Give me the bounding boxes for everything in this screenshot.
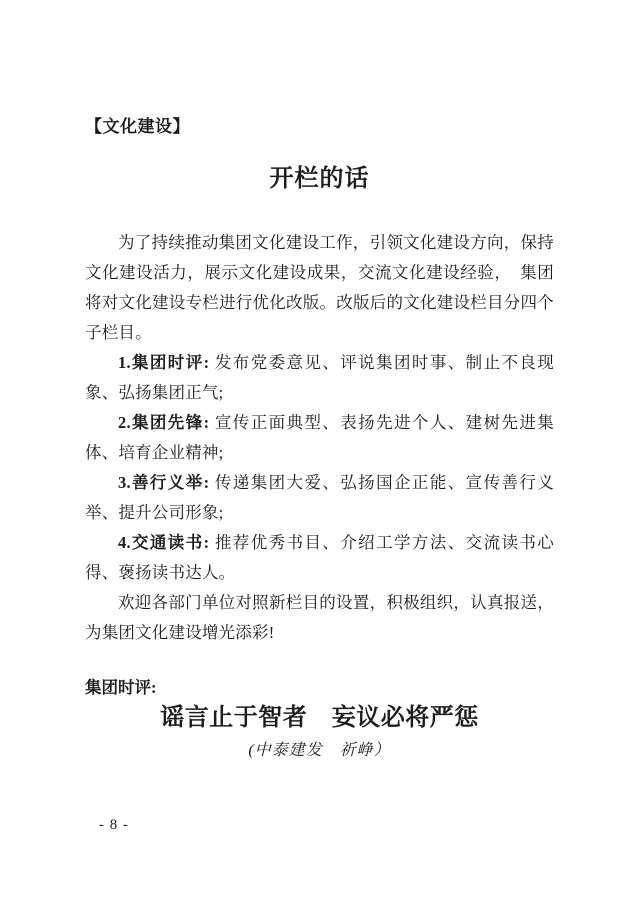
closing-paragraph: 欢迎各部门单位对照新栏目的设置，积极组织，认真报送，为集团文化建设增光添彩! — [85, 588, 554, 648]
column-item-4-label: 4.交通读书: — [118, 533, 209, 552]
intro-paragraph: 为了持续推动集团文化建设工作，引领文化建设方向，保持文化建设活力，展示文化建设成… — [85, 228, 554, 348]
page-title: 开栏的话 — [85, 162, 554, 196]
subsection-label: 集团时评: — [85, 676, 554, 700]
article-title: 谣言止于智者 妄议必将严惩 — [85, 700, 554, 736]
byline: (中泰建发 祈峥） — [85, 738, 554, 764]
body-block: 为了持续推动集团文化建设工作，引领文化建设方向，保持文化建设活力，展示文化建设成… — [85, 228, 554, 648]
column-item-4: 4.交通读书: 推荐优秀书目、介绍工学方法、交流读书心得、褒扬读书达人。 — [85, 528, 554, 588]
section-header: 【文化建设】 — [85, 116, 554, 138]
column-item-2-label: 2.集团先锋: — [118, 413, 209, 432]
column-item-2: 2.集团先锋: 宣传正面典型、表扬先进个人、建树先进集体、培育企业精神; — [85, 408, 554, 468]
document-page: 【文化建设】 开栏的话 为了持续推动集团文化建设工作，引领文化建设方向，保持文化… — [0, 0, 636, 900]
column-item-1: 1.集团时评: 发布党委意见、评说集团时事、制止不良现象、弘扬集团正气; — [85, 348, 554, 408]
page-number: - 8 - — [99, 814, 129, 836]
column-item-3: 3.善行义举: 传递集团大爱、弘扬国企正能、宣传善行义举、提升公司形象; — [85, 468, 554, 528]
column-item-1-label: 1.集团时评: — [118, 353, 209, 372]
column-item-3-label: 3.善行义举: — [118, 473, 209, 492]
